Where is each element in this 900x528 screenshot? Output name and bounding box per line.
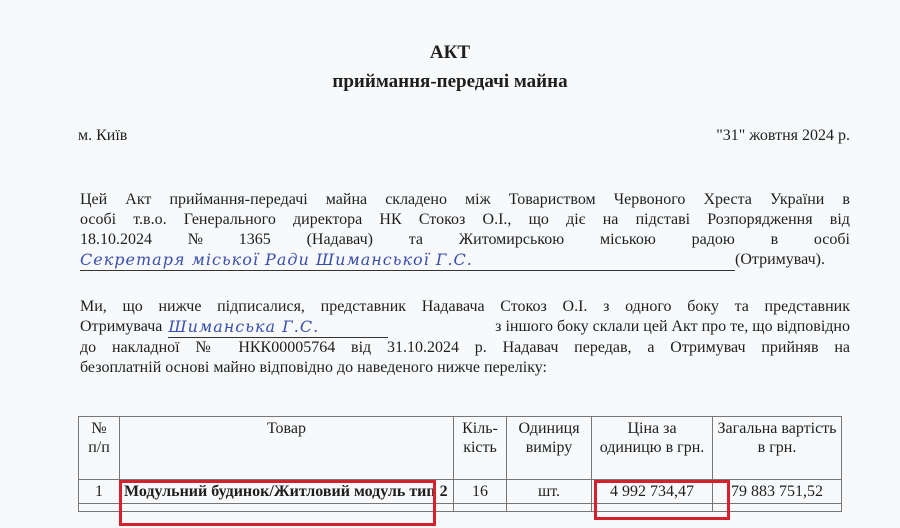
document-date: "31" жовтня 2024 р. <box>716 127 850 145</box>
word: між <box>465 190 491 210</box>
word: підставі <box>636 210 691 230</box>
word: складено <box>385 190 447 210</box>
word: особі <box>814 230 850 250</box>
word: (Надавач) <box>307 230 373 250</box>
table-header-row: № п/п Товар Кіль-кість Одиниця виміру Ці… <box>79 417 842 480</box>
word: що <box>529 210 549 230</box>
word: приймання-передачі <box>169 190 307 210</box>
word: директора <box>293 210 362 230</box>
document-page: АКТ приймання-передачі майна м. Київ "31… <box>0 0 900 528</box>
word: Товариством <box>509 190 596 210</box>
word: Цей <box>80 190 107 210</box>
header-unit: Одиниця виміру <box>507 417 592 480</box>
word: 18.10.2024 <box>80 230 152 250</box>
paragraph-line: Отримувача Шиманська Г.С. з іншого боку … <box>80 317 850 338</box>
highlight-price <box>594 480 730 520</box>
word: № <box>188 230 203 250</box>
paragraph-line: особіт.в.о.ГенеральногодиректораНКСтокоз… <box>80 210 850 230</box>
recipient-suffix: (Отримувач). <box>735 250 825 271</box>
document-title: АКТ <box>0 42 900 64</box>
highlight-product <box>119 480 436 526</box>
word: діє <box>566 210 585 230</box>
header-price: Ціна за одиницю в грн. <box>592 417 713 480</box>
row-qty: 16 <box>454 480 507 504</box>
word: радою <box>692 230 735 250</box>
header-product: Товар <box>120 417 454 480</box>
handwritten-representative: Шиманська Г.С. <box>168 317 319 336</box>
row-unit: шт. <box>507 480 592 504</box>
word: в <box>842 190 850 210</box>
word: Червоного <box>614 190 686 210</box>
word: на <box>603 210 619 230</box>
row-total: 79 883 751,52 <box>713 480 842 504</box>
recipient-line: Секретаря міської Ради Шиманської Г.С. (… <box>80 250 850 271</box>
word: Акт <box>125 190 151 210</box>
word: Хреста <box>703 190 751 210</box>
paragraph-parties: ЦейАктприймання-передачімайнаскладеноміж… <box>80 190 850 271</box>
word: Генерального <box>184 210 276 230</box>
word: майна <box>326 190 367 210</box>
word: міською <box>600 230 656 250</box>
header-total: Загальна вартість в грн. <box>713 417 842 480</box>
word: України <box>770 190 824 210</box>
word: особі <box>80 210 116 230</box>
representative-prefix: Отримувача <box>80 317 162 338</box>
word: та <box>409 230 423 250</box>
representative-suffix: з іншого боку склали цей Акт про те, що … <box>495 317 850 338</box>
word: Розпорядження <box>707 210 812 230</box>
word: О.І., <box>483 210 512 230</box>
paragraph-line: Ми, що нижче підписалися, представник На… <box>80 297 850 317</box>
word: 1365 <box>239 230 271 250</box>
document-city: м. Київ <box>78 127 127 145</box>
representative-fill-field: Шиманська Г.С. <box>168 317 388 338</box>
word: в <box>771 230 779 250</box>
row-num: 1 <box>79 480 120 504</box>
word: т.в.о. <box>133 210 166 230</box>
word: НК <box>379 210 401 230</box>
word: Житомирською <box>459 230 564 250</box>
header-qty: Кіль-кість <box>454 417 507 480</box>
document-subtitle: приймання-передачі майна <box>0 71 900 93</box>
paragraph-representatives: Ми, що нижче підписалися, представник На… <box>80 297 850 378</box>
word: від <box>830 210 850 230</box>
recipient-fill-field: Секретаря міської Ради Шиманської Г.С. <box>80 250 735 271</box>
handwritten-recipient: Секретаря міської Ради Шиманської Г.С. <box>80 250 473 269</box>
paragraph-line: до накладної № НКК00005764 від 31.10.202… <box>80 338 850 358</box>
paragraph-line: ЦейАктприймання-передачімайнаскладеноміж… <box>80 190 850 210</box>
header-num: № п/п <box>79 417 120 480</box>
word: Стокоз <box>419 210 466 230</box>
paragraph-line: 18.10.2024№1365(Надавач)таЖитомирськоюмі… <box>80 230 850 250</box>
paragraph-line: безоплатній основі майно відповідно до н… <box>80 358 850 378</box>
